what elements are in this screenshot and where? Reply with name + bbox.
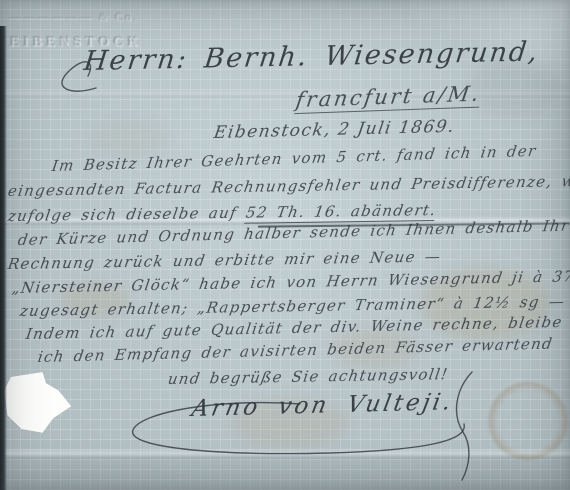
paper-stain	[90, 118, 170, 158]
seal-impression	[488, 382, 568, 460]
fold-crease	[0, 448, 570, 460]
body-line-text: zufolge sich dieselbe auf	[7, 204, 248, 225]
body-line: Im Besitz Ihrer Geehrten vom 5 crt. fand…	[51, 142, 538, 175]
closing-line: und begrüße Sie achtungsvoll!	[167, 365, 450, 388]
torn-paper-hole	[4, 372, 74, 434]
scan-edge-shadow	[0, 26, 7, 490]
letter-scan: —————— & Co. EIBENSTOCK Herrn: Bernh. Wi…	[0, 0, 570, 490]
fold-crease	[0, 90, 570, 98]
date-line: Eibenstock, 2 Juli 1869.	[212, 117, 456, 143]
signature: Arno von Vulteji.	[190, 389, 456, 422]
recipient-line: Herrn: Bernh. Wiesengrund,	[82, 36, 541, 77]
place-line: francfurt a/M.	[294, 81, 482, 114]
body-line: Rechnung zurück und erbitte mir eine Neu…	[7, 247, 443, 273]
signature-tail-flourish	[457, 372, 472, 480]
letterhead-company-line: —————— & Co.	[10, 10, 142, 25]
paper-shading	[0, 458, 570, 490]
body-line: eingesandten Factura Rechnungsfehler und…	[7, 171, 570, 200]
